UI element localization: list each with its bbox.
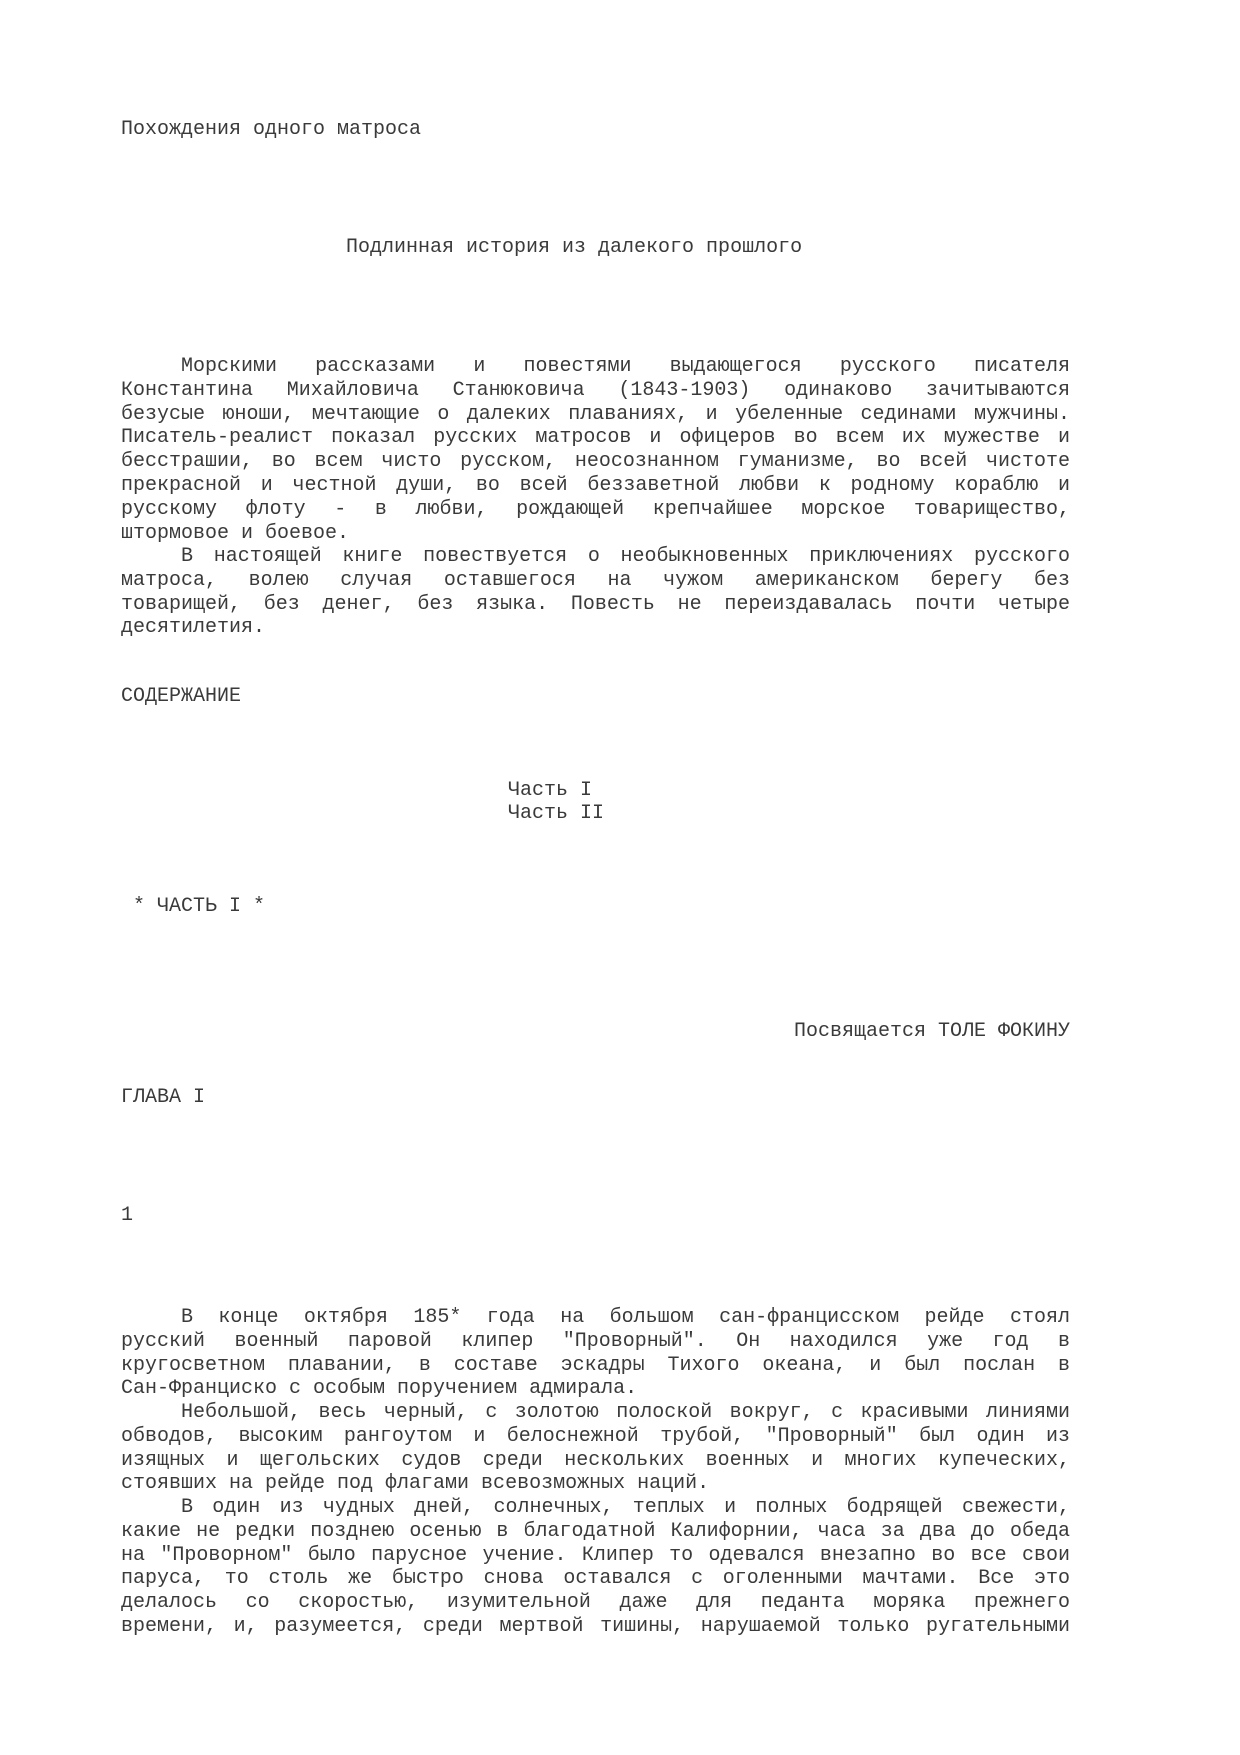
text-line: В один из чудных дней, солнечных, теплых… [121, 1496, 1070, 1520]
text-line: обводов, высоким рангоутом и белоснежной… [121, 1425, 1070, 1449]
text-line: изящных и щегольских судов среди несколь… [121, 1449, 1070, 1473]
body-paragraph-2: Небольшой, весь черный, с золотою полоск… [121, 1401, 1070, 1496]
text-line: безусые юноши, мечтающие о далеких плава… [121, 403, 1070, 427]
text-line: прекрасной и честной души, во всей безза… [121, 474, 1070, 498]
chapter-heading: ГЛАВА I [121, 1086, 205, 1110]
text-line: штормовое и боевое. [121, 522, 1070, 546]
body-paragraph-1: В конце октября 185* года на большом сан… [121, 1306, 1070, 1401]
text-line: матроса, волею случая оставшегося на чуж… [121, 569, 1070, 593]
text-line: русскому флоту - в любви, рождающей креп… [121, 498, 1070, 522]
dedication: Посвящается ТОЛЕ ФОКИНУ [794, 1020, 1070, 1044]
contents-item-part-2[interactable]: Часть II [508, 802, 604, 826]
text-line: В конце октября 185* года на большом сан… [121, 1306, 1070, 1330]
text-line: русский военный паровой клипер "Проворны… [121, 1330, 1070, 1354]
text-line: Небольшой, весь черный, с золотою полоск… [121, 1401, 1070, 1425]
text-line: товарищей, без денег, без языка. Повесть… [121, 593, 1070, 617]
text-line: Сан-Франциско с особым поручением адмира… [121, 1377, 1070, 1401]
intro-paragraph-1: Морскими рассказами и повестями выдающег… [121, 355, 1070, 545]
text-line: кругосветном плавании, в составе эскадры… [121, 1354, 1070, 1378]
book-title: Похождения одного матроса [121, 118, 421, 142]
book-subtitle: Подлинная история из далекого прошлого [346, 236, 802, 260]
text-line: стоявших на рейде под флагами всевозможн… [121, 1472, 1070, 1496]
text-line: паруса, то столь же быстро снова оставал… [121, 1567, 1070, 1591]
part-heading: * ЧАСТЬ I * [133, 895, 265, 919]
text-line: Константина Михайловича Станюковича (184… [121, 379, 1070, 403]
text-line: В настоящей книге повествуется о необыкн… [121, 545, 1070, 569]
contents-item-part-1[interactable]: Часть I [508, 779, 592, 803]
contents-heading: СОДЕРЖАНИЕ [121, 685, 241, 709]
intro-paragraph-2: В настоящей книге повествуется о необыкн… [121, 545, 1070, 640]
text-line: какие не редки позднею осенью в благодат… [121, 1520, 1070, 1544]
text-line: Писатель-реалист показал русских матросо… [121, 426, 1070, 450]
text-line: Морскими рассказами и повестями выдающег… [121, 355, 1070, 379]
text-line: десятилетия. [121, 616, 1070, 640]
text-line: делалось со скоростью, изумительной даже… [121, 1591, 1070, 1615]
text-line: на "Проворном" было парусное учение. Кли… [121, 1544, 1070, 1568]
body-paragraph-3: В один из чудных дней, солнечных, теплых… [121, 1496, 1070, 1639]
text-line: бесстрашии, во всем чисто русском, неосо… [121, 450, 1070, 474]
text-line: времени, и, разумеется, среди мертвой ти… [121, 1615, 1070, 1639]
section-number: 1 [121, 1204, 133, 1228]
